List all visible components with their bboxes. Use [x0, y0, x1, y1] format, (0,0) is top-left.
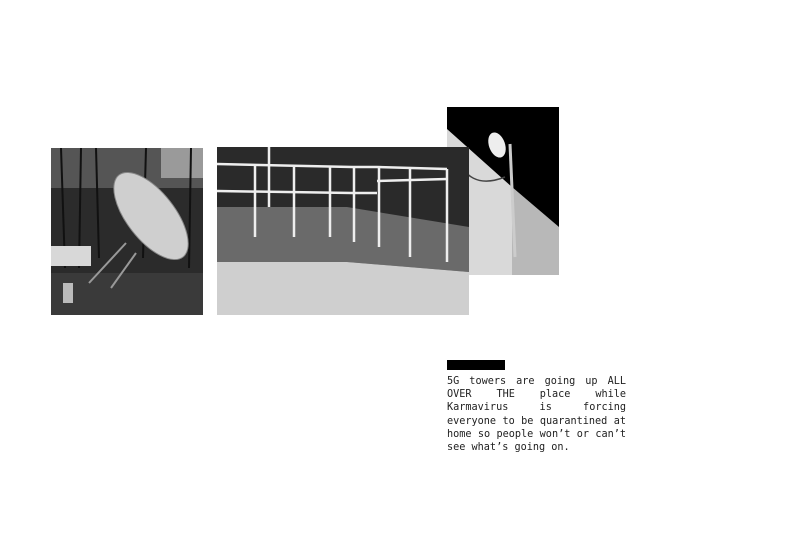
railings-wall-image: [217, 147, 469, 315]
caption-block: 5G towers are going up ALL OVER THE plac…: [447, 360, 626, 454]
redacted-title: [447, 360, 505, 370]
caption-text: 5G towers are going up ALL OVER THE plac…: [447, 375, 626, 454]
photo-satellite-dish: [51, 148, 203, 315]
photo-railings-wall: [217, 147, 469, 315]
satellite-dish-image: [51, 148, 203, 315]
